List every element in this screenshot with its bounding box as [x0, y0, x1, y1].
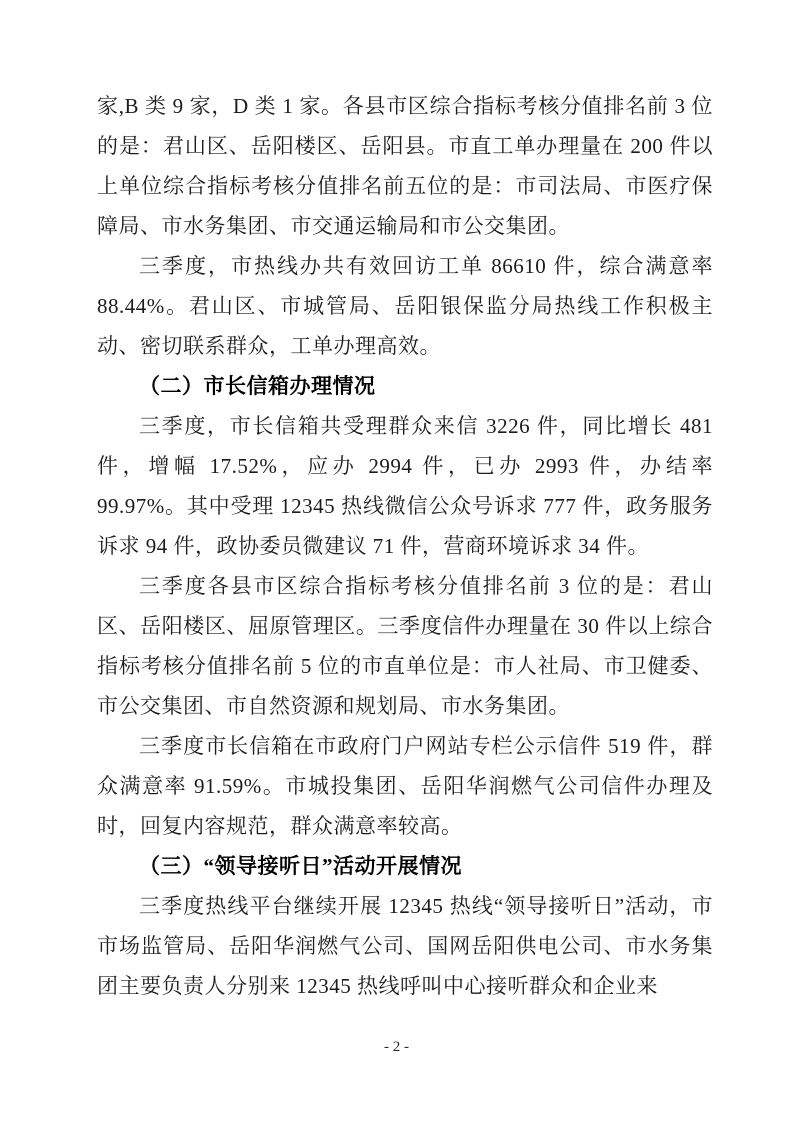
page-number: - 2 -: [0, 1036, 793, 1058]
paragraph-hotline-callback-satisfaction: 三季度，市热线办共有效回访工单 86610 件，综合满意率 88.44%。君山区…: [97, 246, 713, 366]
section-heading-mayor-mailbox: （二）市长信箱办理情况: [97, 366, 713, 406]
document-content: 家,B 类 9 家，D 类 1 家。各县市区综合指标考核分值排名前 3 位的是：…: [97, 86, 713, 1006]
paragraph-mailbox-publicity-satisfaction: 三季度市长信箱在市政府门户网站专栏公示信件 519 件，群众满意率 91.59%…: [97, 726, 713, 846]
document-page: 家,B 类 9 家，D 类 1 家。各县市区综合指标考核分值排名前 3 位的是：…: [0, 0, 793, 1122]
paragraph-mailbox-statistics: 三季度，市长信箱共受理群众来信 3226 件，同比增长 481 件，增幅 17.…: [97, 406, 713, 566]
section-heading-leader-answering-day: （三）“领导接听日”活动开展情况: [97, 846, 713, 886]
paragraph-leader-answering-day-activity: 三季度热线平台继续开展 12345 热线“领导接听日”活动，市市场监管局、岳阳华…: [97, 886, 713, 1006]
paragraph-hotline-assessment-ranking: 家,B 类 9 家，D 类 1 家。各县市区综合指标考核分值排名前 3 位的是：…: [97, 86, 713, 246]
paragraph-mailbox-ranking: 三季度各县市区综合指标考核分值排名前 3 位的是：君山区、岳阳楼区、屈原管理区。…: [97, 566, 713, 726]
